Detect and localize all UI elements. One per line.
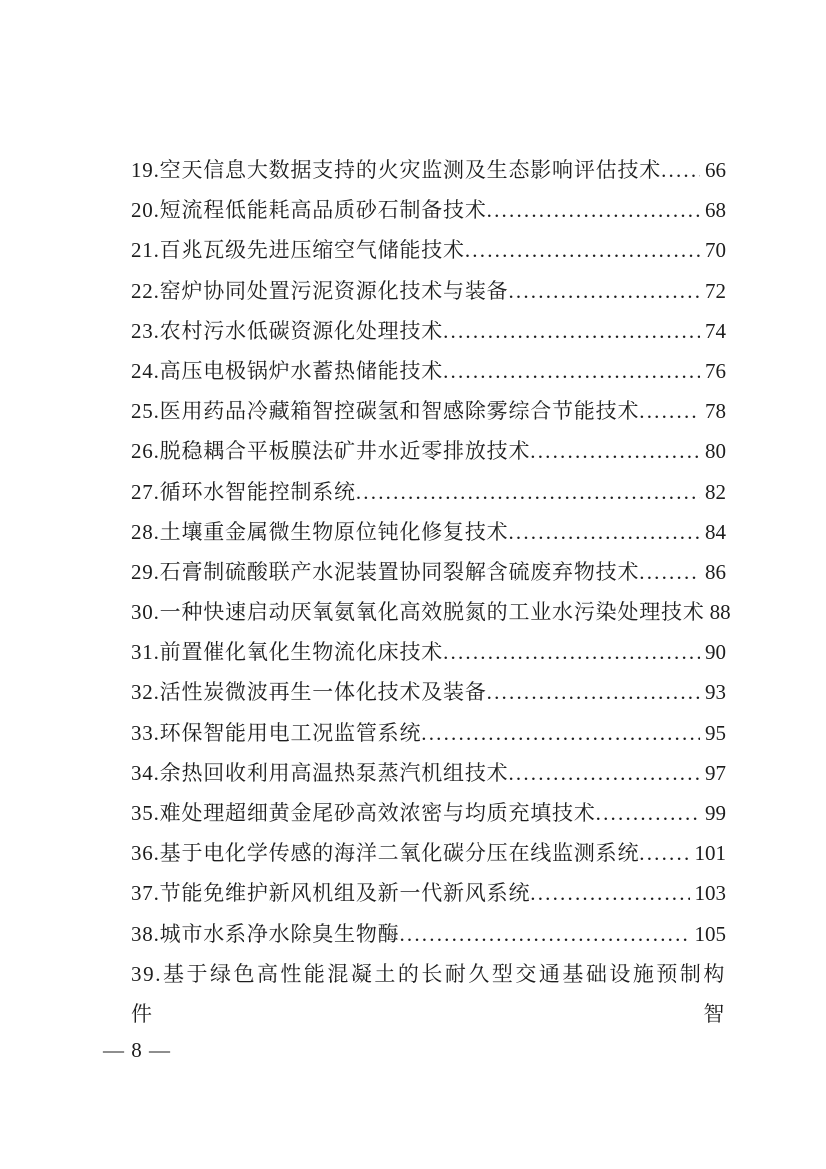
toc-entry: 30.一种快速启动厌氧氨氧化高效脱氮的工业水污染处理技术 ...........… (131, 592, 726, 632)
toc-entry-label: 20.短流程低能耗高品质砂石制备技术 (131, 190, 487, 230)
toc-dot-leader: ........................................… (639, 833, 689, 873)
toc-dot-leader: ........................................… (487, 672, 700, 712)
toc-entry-label: 32.活性炭微波再生一体化技术及装备 (131, 672, 487, 712)
toc-entry-label: 22.窑炉协同处置污泥资源化技术与装备 (131, 271, 508, 311)
toc-page-number: 72 (700, 271, 726, 311)
toc-entry-label: 29.石膏制硫酸联产水泥装置协同裂解含硫废弃物技术 (131, 552, 639, 592)
toc-page-number: 78 (700, 391, 726, 431)
toc-entry-label: 28.土壤重金属微生物原位钝化修复技术 (131, 512, 508, 552)
toc-page-number: 84 (700, 512, 726, 552)
toc-entry: 39.基于绿色高性能混凝土的长耐久型交通基础设施预制构件智 (131, 954, 726, 994)
toc-entry-label: 27.循环水智能控制系统 (131, 472, 356, 512)
page-number-label: — 8 — (103, 1038, 171, 1062)
toc-entry: 31.前置催化氧化生物流化床技术 .......................… (131, 632, 726, 672)
toc-page-number: 97 (700, 753, 726, 793)
toc-page-number: 80 (700, 431, 726, 471)
toc-page-number: 99 (700, 793, 726, 833)
toc-entry: 28.土壤重金属微生物原位钝化修复技术 ....................… (131, 512, 726, 552)
toc-dot-leader: ........................................… (421, 713, 700, 753)
toc-entry-label: 31.前置催化氧化生物流化床技术 (131, 632, 443, 672)
toc-page-number: 70 (700, 230, 726, 270)
toc-dot-leader: ........................................… (530, 431, 700, 471)
toc-page-number: 101 (690, 833, 727, 873)
toc-entry-label: 25.医用药品冷藏箱智控碳氢和智感除雾综合节能技术 (131, 391, 639, 431)
toc-dot-leader: ........................................… (399, 914, 689, 954)
toc-dot-leader: ........................................… (356, 472, 700, 512)
toc-page-number: 90 (700, 632, 726, 672)
toc-entry-label: 26.脱稳耦合平板膜法矿井水近零排放技术 (131, 431, 530, 471)
toc-entry-label: 23.农村污水低碳资源化处理技术 (131, 311, 443, 351)
toc-page-number: 82 (700, 472, 726, 512)
toc-dot-leader: ........................................… (487, 190, 700, 230)
toc-page-number: 93 (700, 672, 726, 712)
toc-page-number: 88 (705, 592, 731, 632)
toc-entry: 34.余热回收利用高温热泵蒸汽机组技术 ....................… (131, 753, 726, 793)
toc-dot-leader: ........................................… (443, 632, 700, 672)
toc-page-number: 76 (700, 351, 726, 391)
page-footer: — 8 — (103, 1030, 171, 1070)
toc-entry: 36.基于电化学传感的海洋二氧化碳分压在线监测系统 ..............… (131, 833, 726, 873)
toc-page-number: 95 (700, 713, 726, 753)
toc-entry-label: 34.余热回收利用高温热泵蒸汽机组技术 (131, 753, 508, 793)
toc-page-number: 74 (700, 311, 726, 351)
toc-entry: 35.难处理超细黄金尾砂高效浓密与均质充填技术 ................… (131, 793, 726, 833)
toc-entry: 33.环保智能用电工况监管系统 ........................… (131, 713, 726, 753)
toc-entry: 19.空天信息大数据支持的火灾监测及生态影响评估技术 .............… (131, 150, 726, 190)
toc-entry: 29.石膏制硫酸联产水泥装置协同裂解含硫废弃物技术 ..............… (131, 552, 726, 592)
toc-entry-label: 21.百兆瓦级先进压缩空气储能技术 (131, 230, 465, 270)
toc-list: 19.空天信息大数据支持的火灾监测及生态影响评估技术 .............… (131, 150, 726, 994)
toc-dot-leader: ........................................… (443, 351, 700, 391)
toc-entry-label: 36.基于电化学传感的海洋二氧化碳分压在线监测系统 (131, 833, 639, 873)
toc-entry: 38.城市水系净水除臭生物酶 .........................… (131, 914, 726, 954)
document-page: 19.空天信息大数据支持的火灾监测及生态影响评估技术 .............… (0, 0, 826, 1169)
toc-entry: 20.短流程低能耗高品质砂石制备技术 .....................… (131, 190, 726, 230)
toc-entry: 24.高压电极锅炉水蓄热储能技术 .......................… (131, 351, 726, 391)
toc-entry-label: 30.一种快速启动厌氧氨氧化高效脱氮的工业水污染处理技术 (131, 592, 705, 632)
toc-dot-leader: ........................................… (596, 793, 700, 833)
toc-entry-label: 38.城市水系净水除臭生物酶 (131, 914, 399, 954)
toc-entry: 37.节能免维护新风机组及新一代新风系统 ...................… (131, 873, 726, 913)
toc-entry: 27.循环水智能控制系统 ...........................… (131, 472, 726, 512)
toc-page-number: 103 (690, 873, 727, 913)
toc-entry-label: 24.高压电极锅炉水蓄热储能技术 (131, 351, 443, 391)
toc-dot-leader: ........................................… (465, 230, 700, 270)
toc-page-number: 66 (700, 150, 726, 190)
toc-dot-leader: ........................................… (639, 552, 700, 592)
toc-entry-label: 19.空天信息大数据支持的火灾监测及生态影响评估技术 (131, 150, 661, 190)
toc-page-number: 105 (690, 914, 727, 954)
toc-entry-label: 37.节能免维护新风机组及新一代新风系统 (131, 873, 530, 913)
toc-entry: 25.医用药品冷藏箱智控碳氢和智感除雾综合节能技术 ..............… (131, 391, 726, 431)
toc-dot-leader: ........................................… (508, 512, 700, 552)
toc-entry: 22.窑炉协同处置污泥资源化技术与装备 ....................… (131, 271, 726, 311)
toc-entry-label: 35.难处理超细黄金尾砂高效浓密与均质充填技术 (131, 793, 596, 833)
toc-entry-label: 33.环保智能用电工况监管系统 (131, 713, 421, 753)
toc-dot-leader: ........................................… (530, 873, 689, 913)
toc-page-number: 86 (700, 552, 726, 592)
toc-dot-leader: ........................................… (661, 150, 700, 190)
toc-page-number: 68 (700, 190, 726, 230)
toc-entry: 23.农村污水低碳资源化处理技术 .......................… (131, 311, 726, 351)
toc-dot-leader: ........................................… (443, 311, 700, 351)
toc-entry: 21.百兆瓦级先进压缩空气储能技术 ......................… (131, 230, 726, 270)
toc-entry: 32.活性炭微波再生一体化技术及装备 .....................… (131, 672, 726, 712)
toc-dot-leader: ........................................… (508, 753, 700, 793)
toc-entry: 26.脱稳耦合平板膜法矿井水近零排放技术 ...................… (131, 431, 726, 471)
toc-dot-leader: ........................................… (639, 391, 700, 431)
toc-entry-label: 39.基于绿色高性能混凝土的长耐久型交通基础设施预制构件智 (131, 954, 726, 1034)
toc-dot-leader: ........................................… (508, 271, 700, 311)
